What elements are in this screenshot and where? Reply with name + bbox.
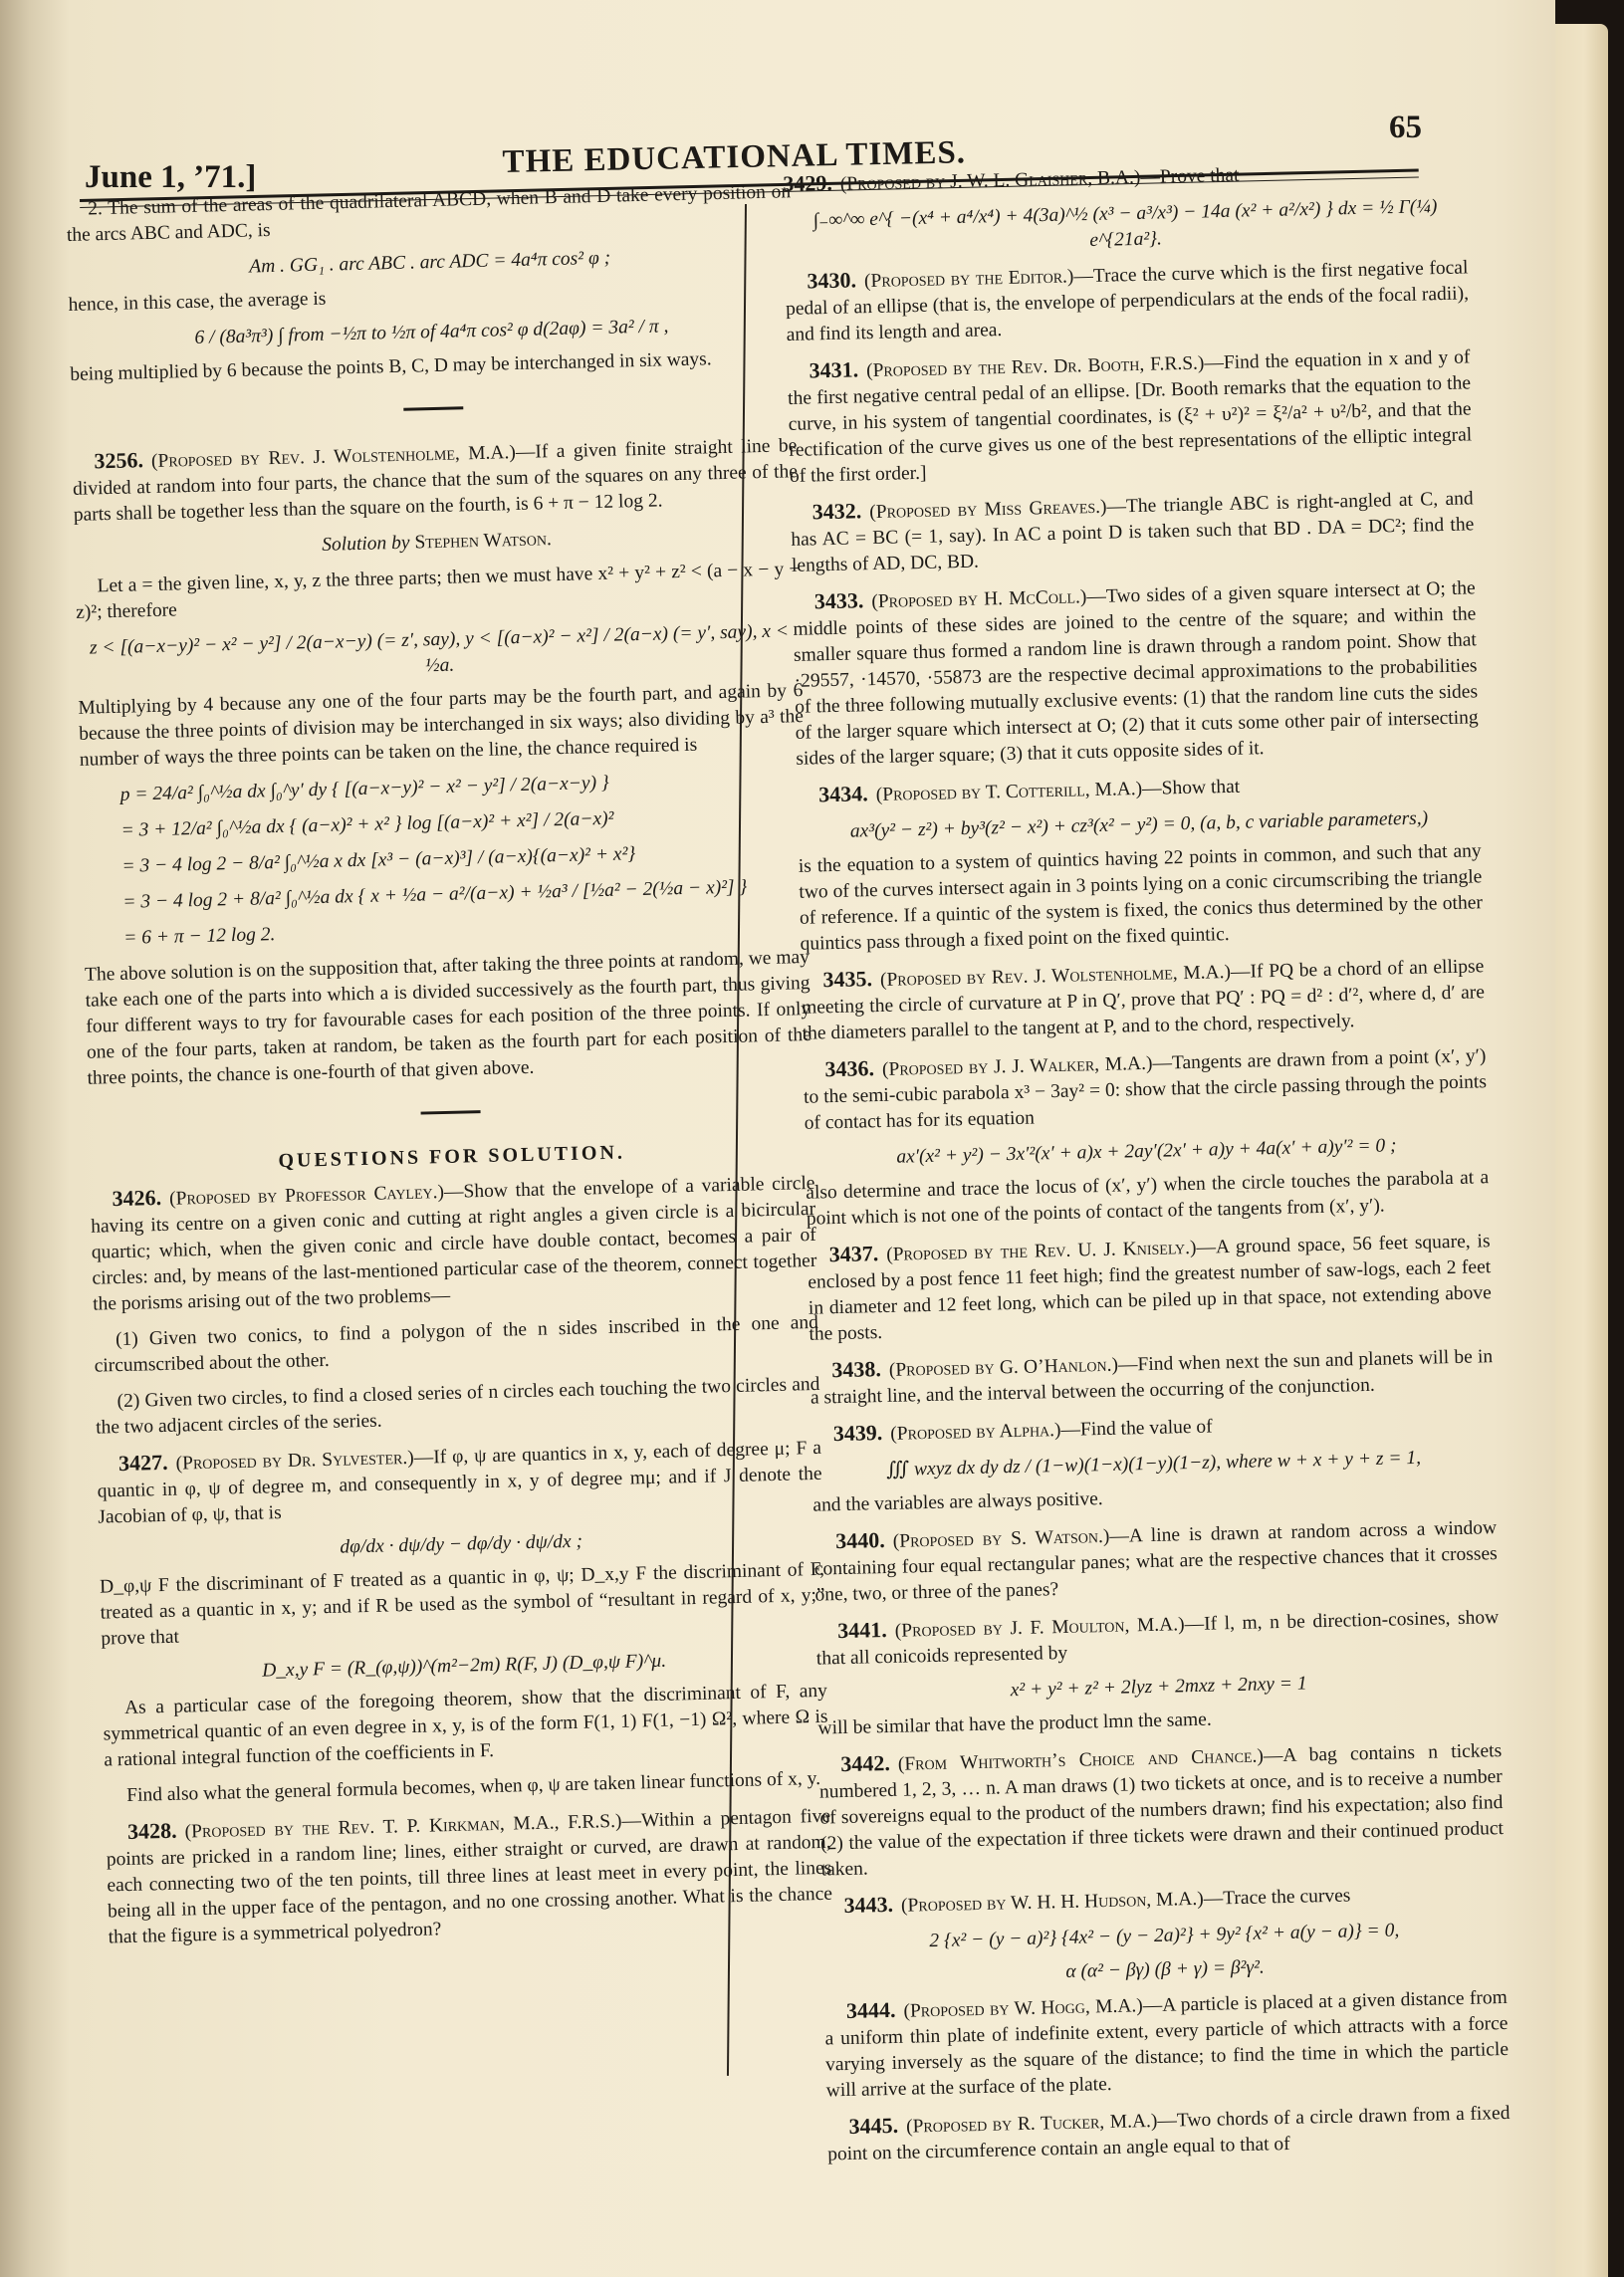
question-text: —Trace the curves — [1203, 1886, 1350, 1910]
question-number: 3433. — [814, 587, 864, 613]
derivation-step: = 3 − 4 log 2 − 8/a² ∫₀^½a x dx [x³ − (a… — [121, 837, 807, 880]
proposer: (Proposed by Dr. Sylvester.) — [175, 1448, 414, 1475]
question-number: 3430. — [807, 267, 856, 293]
list-item: (2) Given two circles, to find a closed … — [95, 1372, 820, 1442]
question-number: 3426. — [112, 1185, 161, 1211]
proposer: (Proposed by J. J. Walker, M.A.) — [882, 1053, 1153, 1080]
question-3426: 3426.(Proposed by Professor Cayley.)—Sho… — [90, 1169, 817, 1318]
page-number: 65 — [1389, 110, 1422, 146]
question-number: 3429. — [783, 170, 832, 196]
question-3438: 3438.(Proposed by G. O’Hanlon.)—Find whe… — [810, 1342, 1494, 1412]
proposer: (Proposed by S. Watson.) — [893, 1526, 1110, 1552]
newspaper-page: June 1, ’71.] THE EDUCATIONAL TIMES. 65 … — [0, 0, 1555, 2277]
underlying-page-edge — [1548, 24, 1608, 2277]
question-number: 3434. — [818, 781, 868, 806]
question-3433: 3433.(Proposed by H. McColl.)—Two sides … — [793, 573, 1480, 773]
question-number: 3445. — [848, 2113, 898, 2139]
question-3442: 3442.(From Whitworth’s Choice and Chance… — [818, 1736, 1505, 1884]
equation: α (α² − βγ) (β + γ) = β²γ². — [823, 1949, 1507, 1991]
question-3443: 3443.(Proposed by W. H. H. Hudson, M.A.)… — [821, 1878, 1505, 1922]
question-number: 3256. — [94, 447, 143, 473]
proposer: (Proposed by W. Hogg, M.A.) — [903, 1995, 1143, 2021]
proposer: (Proposed by H. McColl.) — [871, 586, 1087, 612]
question-3427: 3427.(Proposed by Dr. Sylvester.)—If φ, … — [97, 1434, 823, 1531]
derivation-step: = 6 + π − 12 log 2. — [123, 909, 809, 952]
question-number: 3438. — [831, 1356, 881, 1382]
question-number: 3443. — [843, 1892, 893, 1918]
derivation-step: = 3 + 12/a² ∫₀^½a dx { (a−x)² + x² } log… — [120, 801, 806, 844]
question-3435: 3435.(Proposed by Rev. J. Wolstenholme, … — [801, 952, 1486, 1047]
paragraph: Multiplying by 4 because any one of the … — [78, 678, 805, 774]
question-3432: 3432.(Proposed by Miss Greaves.)—The tri… — [790, 484, 1475, 579]
proposer: (Proposed by the Editor.) — [864, 266, 1074, 292]
paragraph: Find also what the general formula becom… — [105, 1766, 829, 1810]
paragraph: As a particular case of the foregoing th… — [103, 1679, 829, 1774]
paragraph: and the variables are always positive. — [812, 1478, 1496, 1519]
right-column: 3429.(Proposed by J. W. L. Glaisher, B.A… — [783, 155, 1511, 2177]
question-number: 3431. — [809, 356, 858, 382]
equation: ∫₋∞^∞ e^{ −(x⁴ + a⁴/x⁴) + 4(3a)^½ (x³ − … — [784, 193, 1468, 261]
question-3434: 3434.(Proposed by T. Cotterill, M.A.)—Sh… — [797, 767, 1480, 810]
question-number: 3428. — [127, 1818, 177, 1844]
question-number: 3432. — [812, 498, 861, 524]
question-number: 3427. — [118, 1450, 168, 1476]
proposer: (Proposed by Rev. J. Wolstenholme, M.A.) — [151, 442, 516, 472]
proposer: (Proposed by G. O’Hanlon.) — [889, 1355, 1119, 1381]
question-text: —Prove that — [1140, 165, 1240, 188]
proposer: (Proposed by Professor Cayley.) — [169, 1182, 444, 1210]
question-number: 3437. — [828, 1241, 878, 1266]
proposer: (Proposed by Rev. J. Wolstenholme, M.A.) — [880, 962, 1232, 991]
paragraph: also determine and trace the locus of (x… — [806, 1165, 1490, 1233]
section-rule — [403, 406, 463, 410]
paragraph: D_φ,ψ F the discriminant of F treated as… — [100, 1557, 826, 1653]
solver-name: Stephen Watson. — [414, 529, 552, 553]
section-rule — [421, 1110, 481, 1114]
proposer: (Proposed by J. F. Moulton, M.A.) — [895, 1614, 1185, 1642]
question-number: 3439. — [832, 1420, 882, 1446]
question-3436: 3436.(Proposed by J. J. Walker, M.A.)—Ta… — [803, 1041, 1488, 1137]
question-number: 3441. — [837, 1617, 887, 1643]
question-number: 3440. — [835, 1527, 885, 1553]
question-3444: 3444.(Proposed by W. Hogg, M.A.)—A parti… — [824, 1983, 1509, 2105]
question-text: —Find the value of — [1060, 1417, 1213, 1441]
question-3441: 3441.(Proposed by J. F. Moulton, M.A.)—I… — [815, 1603, 1500, 1673]
solution-byline: Solution by Stephen Watson. — [74, 521, 799, 565]
proposer: (Proposed by T. Cotterill, M.A.) — [876, 779, 1143, 805]
question-3439: 3439.(Proposed by Alpha.)—Find the value… — [811, 1406, 1494, 1450]
question-3431: 3431.(Proposed by the Rev. Dr. Booth, F.… — [787, 342, 1473, 490]
issue-date: June 1, ’71.] — [85, 159, 256, 196]
proposer: (Proposed by W. H. H. Hudson, M.A.) — [901, 1889, 1204, 1917]
question-number: 3442. — [840, 1750, 890, 1776]
proposer: (Proposed by the Rev. U. J. Knisely.) — [886, 1238, 1197, 1265]
proposer: (Proposed by R. Tucker, M.A.) — [906, 2111, 1158, 2138]
question-3430: 3430.(Proposed by the Editor.)—Trace the… — [785, 253, 1470, 348]
question-3256: 3256.(Proposed by Rev. J. Wolstenholme, … — [72, 431, 799, 529]
question-text: —Show that — [1142, 777, 1240, 799]
question-3428: 3428.(Proposed by the Rev. T. P. Kirkman… — [106, 1802, 833, 1951]
paragraph: The above solution is on the supposition… — [85, 945, 812, 1092]
derivation-step: = 3 − 4 log 2 + 8/a² ∫₀^½a dx { x + ½a −… — [122, 873, 808, 916]
proposer: (Proposed by Alpha.) — [890, 1420, 1061, 1445]
paragraph: will be similar that have the product lm… — [817, 1701, 1501, 1742]
paragraph: Let a = the given line, x, y, z the thre… — [75, 557, 801, 626]
question-number: 3435. — [822, 966, 872, 992]
derivation-step: p = 24/a² ∫₀^½a dx ∫₀^y′ dy { [(a−x−y)² … — [119, 766, 805, 808]
paragraph: is the equation to a system of quintics … — [799, 838, 1484, 958]
question-number: 3444. — [846, 1997, 896, 2023]
solution-label: Solution by — [322, 533, 410, 556]
proposer: (Proposed by Miss Greaves.) — [869, 497, 1107, 523]
proposer: (From Whitworth’s Choice and Chance.) — [898, 1745, 1265, 1774]
proposer: (Proposed by J. W. L. Glaisher, B.A.) — [840, 167, 1141, 195]
question-3445: 3445.(Proposed by R. Tucker, M.A.)—Two c… — [826, 2099, 1510, 2168]
left-column: 2. The sum of the areas of the quadrilat… — [66, 179, 833, 1960]
question-text: —If φ, ψ are quantics in x, y, each of d… — [98, 1438, 822, 1528]
question-3440: 3440.(Proposed by S. Watson.)—A line is … — [813, 1513, 1499, 1609]
proposer: (Proposed by the Rev. Dr. Booth, F.R.S.) — [866, 352, 1205, 381]
question-number: 3436. — [824, 1055, 874, 1081]
list-item: (1) Given two conics, to find a polygon … — [94, 1310, 819, 1380]
equation: z < [(a−x−y)² − x² − y²] / 2(a−x−y) (= z… — [77, 618, 803, 688]
question-3437: 3437.(Proposed by the Rev. U. J. Knisely… — [807, 1227, 1492, 1348]
